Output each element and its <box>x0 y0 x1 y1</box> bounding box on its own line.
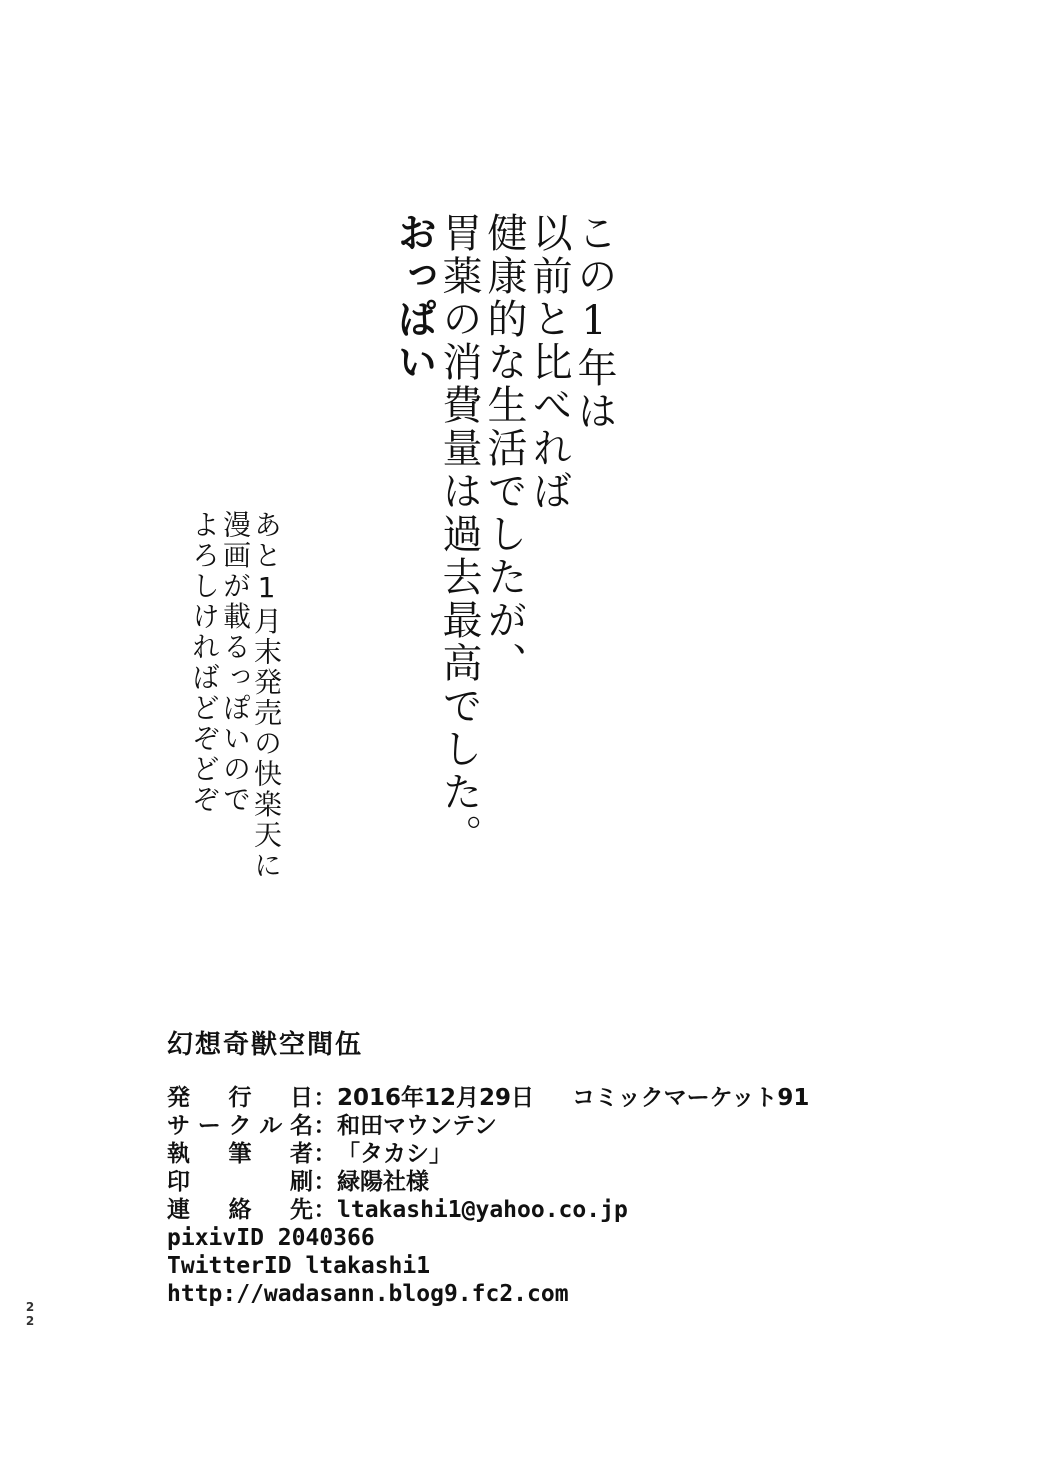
book-title: 幻想奇獣空間伍 <box>167 1030 809 1060</box>
label-char: 刷 <box>290 1168 313 1196</box>
row-label: 執 筆 者 <box>167 1140 313 1168</box>
label-char: 行 <box>229 1084 252 1112</box>
row-label: 連 絡 先 <box>167 1196 313 1224</box>
label-char: 執 <box>167 1140 190 1168</box>
label-char: ー <box>198 1112 221 1140</box>
colon: ： <box>313 1196 337 1224</box>
main-message-punchline: おっぱい <box>392 212 434 384</box>
publish-date: 2016年12月29日 <box>337 1084 534 1112</box>
colon: ： <box>313 1168 337 1196</box>
row-label: 印 刷 <box>167 1168 313 1196</box>
sub-message-line-2: 漫画が載るっぽいので <box>219 510 249 815</box>
author-name: 「タカシ」 <box>337 1140 452 1168</box>
colon: ： <box>313 1112 337 1140</box>
row-label: サ ー ク ル 名 <box>167 1112 313 1140</box>
main-message-line-3: 健康的な生活でしたが、 <box>482 212 524 685</box>
sub-message-line-1: あと1月末発売の快楽天に <box>250 510 280 881</box>
page-number: 22 <box>24 1300 36 1328</box>
row-label: 発 行 日 <box>167 1084 313 1112</box>
label-char: ル <box>259 1112 282 1140</box>
colon: ： <box>313 1140 337 1168</box>
colophon-row-printer: 印 刷 ： 緑陽社様 <box>167 1168 809 1196</box>
printer-name: 緑陽社様 <box>337 1168 429 1196</box>
label-char: 筆 <box>229 1140 252 1168</box>
colon: ： <box>313 1084 337 1112</box>
colophon-row-contact: 連 絡 先 ： ltakashi1@yahoo.co.jp <box>167 1196 809 1224</box>
main-message-line-2: 以前と比べれば <box>527 212 569 513</box>
main-message-line-4: 胃薬の消費量は過去最高でした。 <box>437 212 479 857</box>
main-message-line-1: この1年は <box>572 212 614 433</box>
label-char: 印 <box>167 1168 190 1196</box>
colophon-row-circle: サ ー ク ル 名 ： 和田マウンテン <box>167 1112 809 1140</box>
circle-name: 和田マウンテン <box>337 1112 497 1140</box>
blog-url[interactable]: http://wadasann.blog9.fc2.com <box>167 1280 809 1308</box>
label-char: 名 <box>290 1112 313 1140</box>
label-char: ク <box>229 1112 252 1140</box>
twitter-id: TwitterID ltakashi1 <box>167 1252 809 1280</box>
label-char: 者 <box>290 1140 313 1168</box>
contact-email[interactable]: ltakashi1@yahoo.co.jp <box>337 1196 628 1224</box>
colophon-row-author: 執 筆 者 ： 「タカシ」 <box>167 1140 809 1168</box>
label-char: 先 <box>290 1196 313 1224</box>
colophon-row-publish-date: 発 行 日 ： 2016年12月29日 コミックマーケット91 <box>167 1084 809 1112</box>
label-char: サ <box>167 1112 190 1140</box>
label-char: 絡 <box>229 1196 252 1224</box>
colophon: 幻想奇獣空間伍 発 行 日 ： 2016年12月29日 コミックマーケット91 … <box>167 1030 809 1308</box>
label-char: 発 <box>167 1084 190 1112</box>
event-name: コミックマーケット91 <box>572 1084 809 1112</box>
sub-message-line-3: よろしければどぞどぞ <box>188 510 218 815</box>
label-char: 連 <box>167 1196 190 1224</box>
pixiv-id: pixivID 2040366 <box>167 1224 809 1252</box>
label-char: 日 <box>290 1084 313 1112</box>
